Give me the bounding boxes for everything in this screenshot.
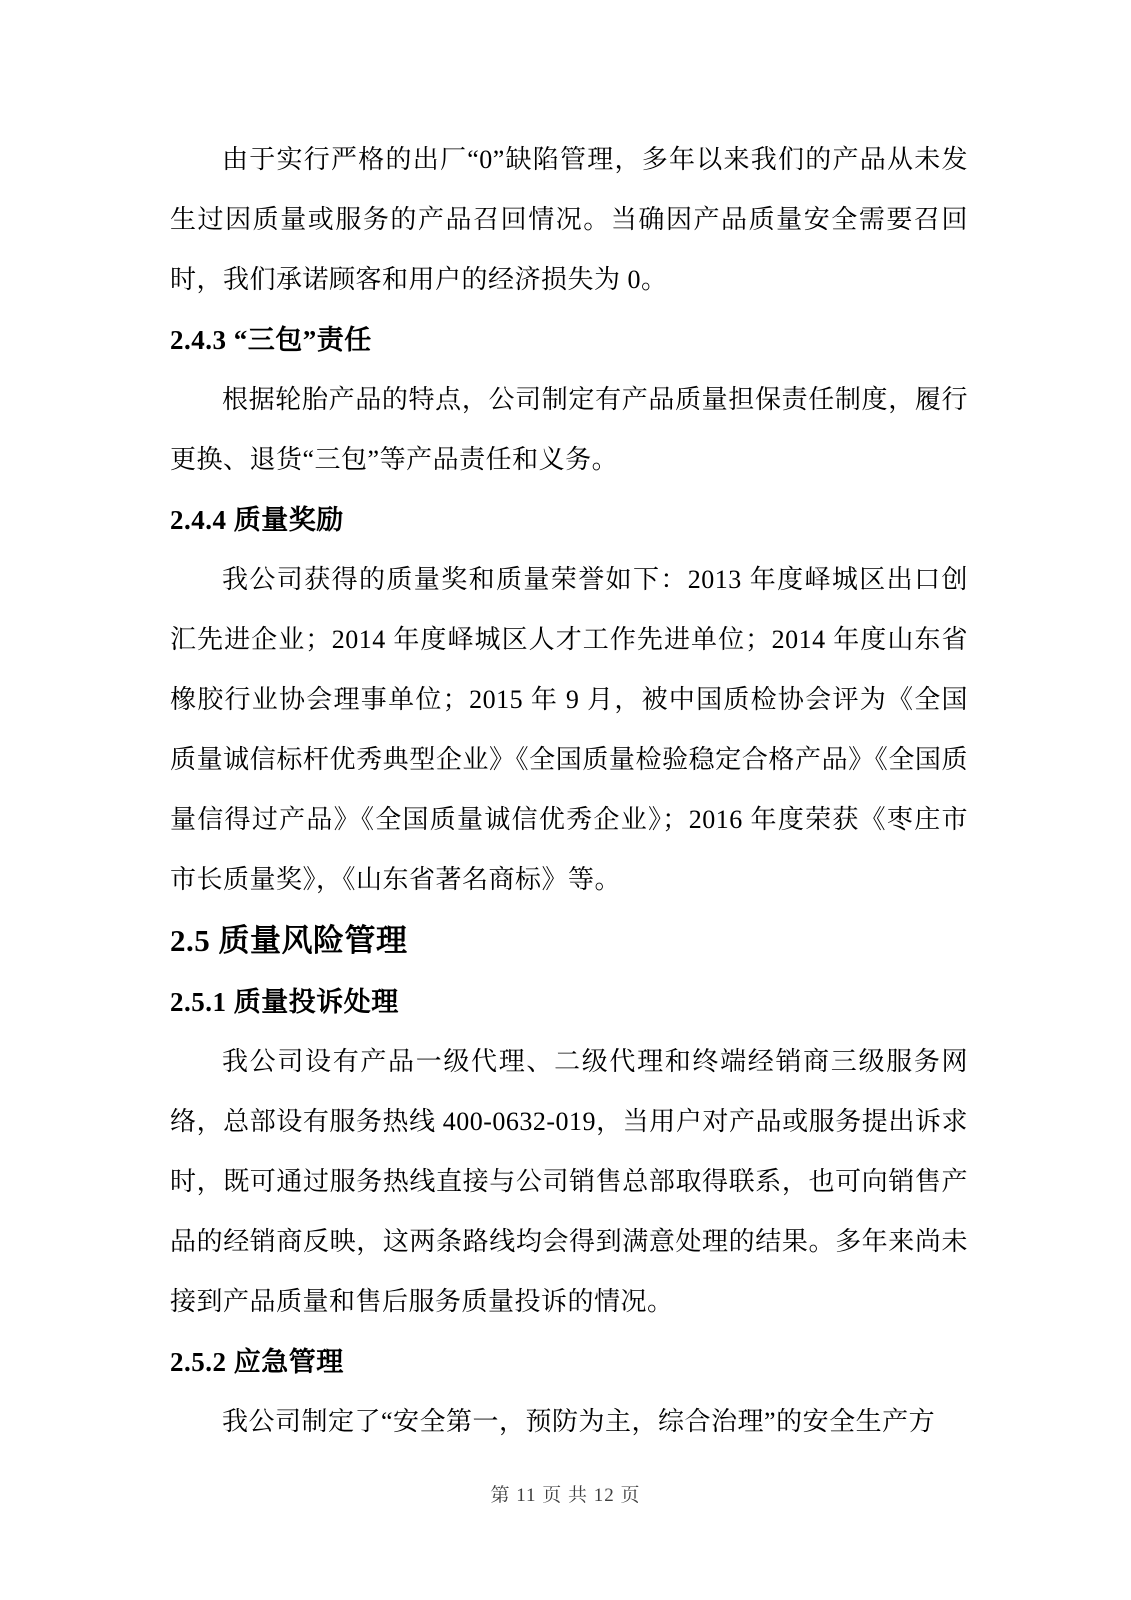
paragraph-three-guarantees: 根据轮胎产品的特点，公司制定有产品质量担保责任制度，履行更换、退货“三包”等产品…	[170, 370, 968, 490]
paragraph-quality-awards: 我公司获得的质量奖和质量荣誉如下：2013 年度峄城区出口创汇先进企业；2014…	[170, 550, 968, 910]
heading-2-5-quality-risk-management: 2.5 质量风险管理	[170, 910, 968, 972]
paragraph-emergency-management: 我公司制定了“安全第一，预防为主，综合治理”的安全生产方	[170, 1392, 968, 1452]
heading-2-4-4-quality-awards: 2.4.4 质量奖励	[170, 490, 968, 550]
heading-2-4-3-three-guarantees: 2.4.3 “三包”责任	[170, 310, 968, 370]
heading-2-5-1-complaint-handling: 2.5.1 质量投诉处理	[170, 972, 968, 1032]
page-footer-page-number: 第 11 页 共 12 页	[0, 1480, 1131, 1507]
paragraph-complaint-handling: 我公司设有产品一级代理、二级代理和终端经销商三级服务网络，总部设有服务热线 40…	[170, 1032, 968, 1332]
paragraph-zero-defect-recall: 由于实行严格的出厂“0”缺陷管理，多年以来我们的产品从未发生过因质量或服务的产品…	[170, 130, 968, 310]
heading-2-5-2-emergency-management: 2.5.2 应急管理	[170, 1332, 968, 1392]
document-page-content: 由于实行严格的出厂“0”缺陷管理，多年以来我们的产品从未发生过因质量或服务的产品…	[170, 130, 968, 1452]
